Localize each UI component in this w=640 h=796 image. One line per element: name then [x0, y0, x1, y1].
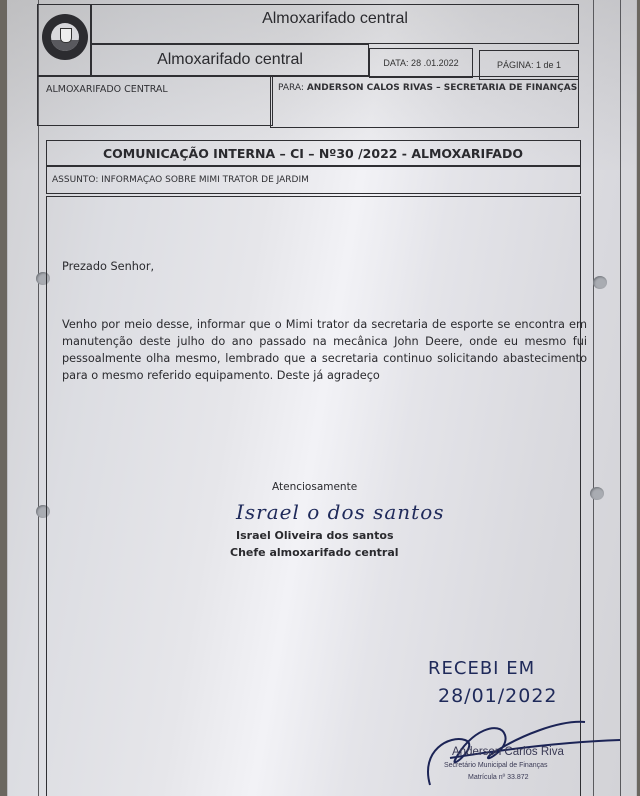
subject-label: ASSUNTO:	[52, 175, 98, 185]
greeting: Prezado Senhor,	[62, 258, 587, 275]
memo-title: COMUNICAÇÃO INTERNA – CI – Nº30 /2022 - …	[48, 146, 578, 161]
signatory-name: Israel Oliveira dos santos	[236, 528, 456, 543]
subject-field: ASSUNTO: INFORMAÇAO SOBRE MIMI TRATOR DE…	[52, 175, 309, 185]
date-label: DATA: 28 .01.2022	[369, 58, 473, 68]
municipal-seal-icon	[42, 14, 88, 60]
stamp-registration: Matrícula nº 33.872	[468, 774, 529, 781]
stamp-name: Anderson Carlos Riva	[452, 746, 564, 758]
signatory-role: Chefe almoxarifado central	[230, 545, 450, 560]
closing: Atenciosamente	[272, 479, 392, 496]
to-value: ANDERSON CALOS RIVAS – SECRETARIA DE FIN…	[307, 83, 577, 93]
subject-value: INFORMAÇAO SOBRE MIMI TRATOR DE JARDIM	[101, 175, 309, 185]
receipt-date: 28/01/2022	[438, 685, 558, 707]
stamp-role: Secretário Municipal de Finanças	[444, 762, 548, 769]
punch-hole	[590, 487, 604, 500]
receipt-note: RECEBI EM	[428, 658, 535, 679]
memo-body: Venho por meio desse, informar que o Mim…	[62, 316, 587, 384]
page-label: PÁGINA: 1 de 1	[479, 60, 579, 70]
to-label: PARA:	[278, 83, 304, 93]
department-title: Almoxarifado central	[91, 51, 369, 69]
signature-handwritten: Israel o dos santos	[236, 500, 445, 524]
organization-title: Almoxarifado central	[91, 10, 579, 28]
from-value: ALMOXARIFADO CENTRAL	[46, 84, 168, 95]
margin-line-right-inner	[593, 0, 594, 796]
margin-line-right-outer	[620, 0, 621, 796]
punch-hole	[593, 276, 607, 289]
to-field: PARA: ANDERSON CALOS RIVAS – SECRETARIA …	[278, 83, 577, 93]
